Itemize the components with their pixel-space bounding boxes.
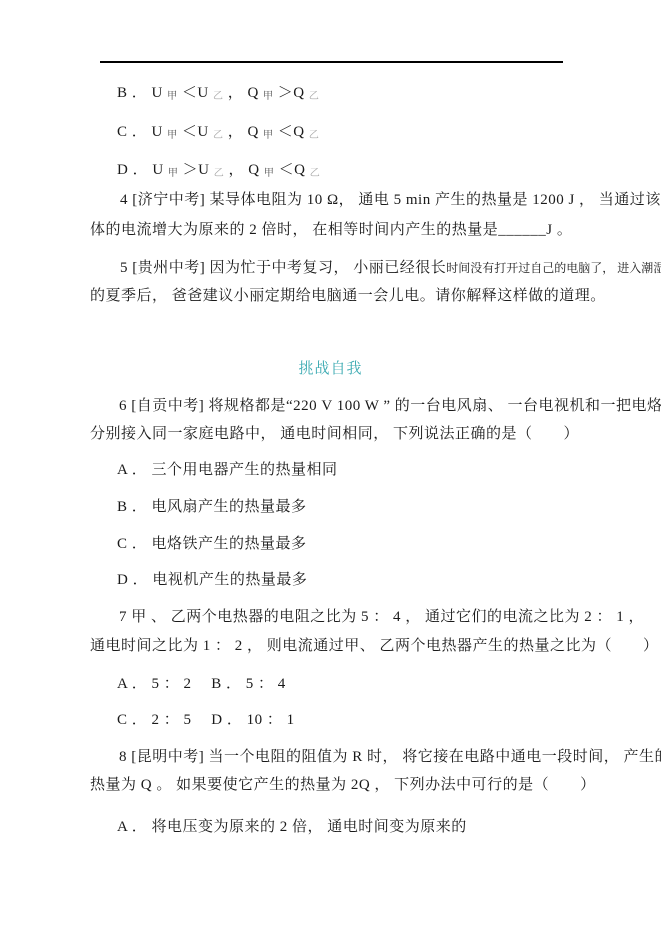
- question-6-option-c: C ． 电烙铁产生的热量最多: [117, 535, 307, 553]
- prev-option-c: C ． U 甲 ＜U 乙 ， Q 甲 ＜Q 乙: [117, 123, 319, 145]
- top-divider: [100, 61, 563, 63]
- prev-option-d: D ． U 甲 ＞U 乙 ， Q 甲 ＜Q 乙: [117, 161, 320, 183]
- question-6-line-2: 分别接入同一家庭电路中， 通电时间相同， 下列说法正确的是（ ）: [90, 425, 579, 443]
- question-6-line-1: 6 [自贡中考] 将规格都是“220 V 100 W ” 的一台电风扇、 一台电…: [119, 397, 661, 415]
- question-6-option-d: D ． 电视机产生的热量最多: [117, 571, 307, 589]
- question-7-line-1: 7 甲 、 乙两个电热器的电阻之比为 5 ： 4 ， 通过它们的电流之比为 2 …: [119, 608, 644, 626]
- question-4-line-2: 体的电流增大为原来的 2 倍时， 在相等时间内产生的热量是______J 。: [90, 221, 572, 239]
- question-6-option-a: A ． 三个用电器产生的热量相同: [117, 461, 338, 479]
- prev-option-b: B ． U 甲 ＜U 乙 ， Q 甲 ＞Q 乙: [117, 84, 319, 106]
- question-5-line-1: 5 [贵州中考] 因为忙于中考复习， 小丽已经很长时间没有打开过自己的电脑了， …: [120, 259, 661, 277]
- section-heading: 挑战自我: [0, 357, 661, 378]
- worksheet-page: B ． U 甲 ＜U 乙 ， Q 甲 ＞Q 乙 C ． U 甲 ＜U 乙 ， Q…: [0, 0, 661, 935]
- question-8-line-2: 热量为 Q 。 如果要使它产生的热量为 2Q ， 下列办法中可行的是（ ）: [90, 776, 596, 794]
- question-7-line-2: 通电时间之比为 1 ： 2 ， 则电流通过甲、 乙两个电热器产生的热量之比为（ …: [90, 637, 659, 655]
- question-4-line-1: 4 [济宁中考] 某导体电阻为 10 Ω， 通电 5 min 产生的热量是 12…: [120, 191, 661, 209]
- question-6-option-b: B ． 电风扇产生的热量最多: [117, 498, 307, 516]
- question-7-options-row-1: A ． 5 ： 2 B ． 5 ： 4: [117, 675, 286, 693]
- question-8-line-1: 8 [昆明中考] 当一个电阻的阻值为 R 时， 将它接在电路中通电一段时间， 产…: [119, 748, 661, 766]
- question-7-options-row-2: C ． 2 ： 5 D ． 10 ： 1: [117, 711, 295, 729]
- question-8-option-a: A ． 将电压变为原来的 2 倍， 通电时间变为原来的: [117, 818, 467, 836]
- question-5-line-2: 的夏季后， 爸爸建议小丽定期给电脑通一会儿电。请你解释这样做的道理。: [90, 287, 606, 305]
